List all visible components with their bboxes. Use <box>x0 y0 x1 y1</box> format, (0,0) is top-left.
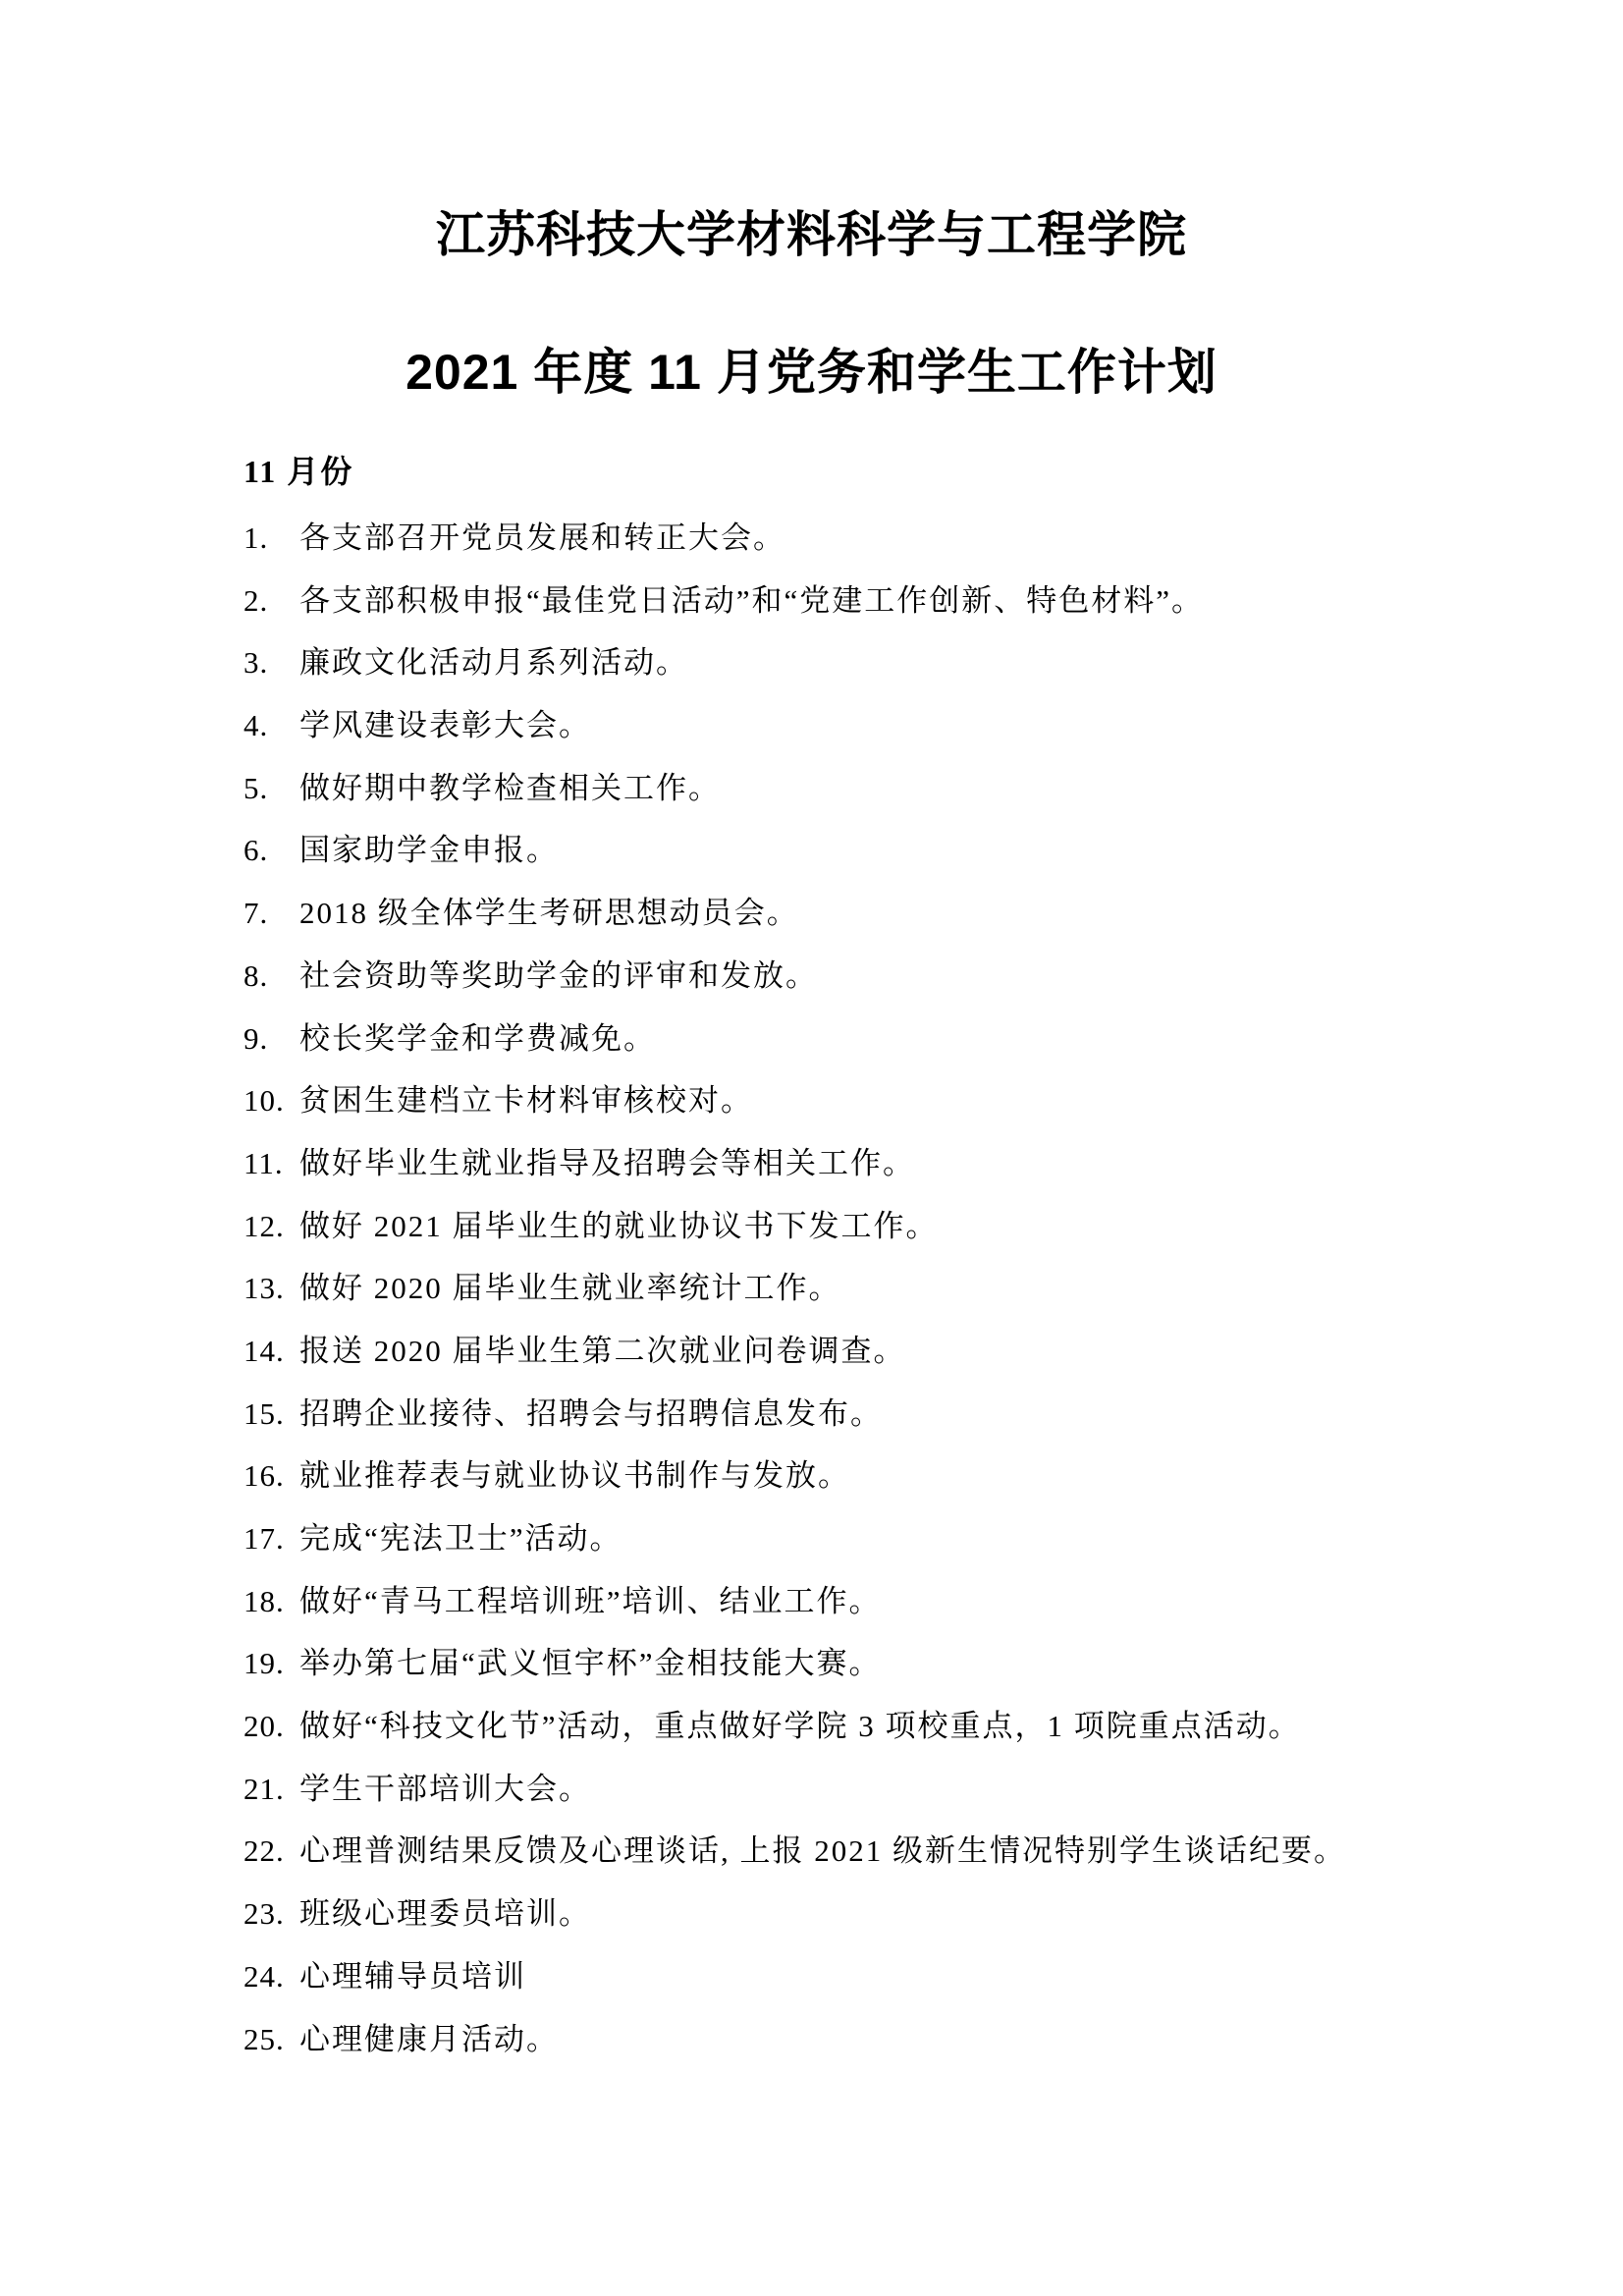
month-section-header: 11 月份 <box>243 450 353 493</box>
list-item-text: 贫困生建档立卡材料审核校对。 <box>299 1069 753 1132</box>
list-item: 18.做好“青马工程培训班”培训、结业工作。 <box>243 1570 1412 1633</box>
list-item-text: 社会资助等奖助学金的评审和发放。 <box>299 945 818 1008</box>
list-item: 25.心理健康月活动。 <box>243 2008 1412 2071</box>
list-item-text: 各支部召开党员发展和转正大会。 <box>299 507 785 570</box>
list-item-number: 14. <box>243 1320 299 1383</box>
list-item: 10.贫困生建档立卡材料审核校对。 <box>243 1069 1412 1132</box>
list-item-number: 19. <box>243 1632 299 1695</box>
list-item-number: 8. <box>243 945 299 1008</box>
list-item-number: 20. <box>243 1695 299 1758</box>
list-item-number: 4. <box>243 694 299 757</box>
list-item: 6.国家助学金申报。 <box>243 819 1412 882</box>
list-item-text: 班级心理委员培训。 <box>299 1883 591 1945</box>
list-item-text: 学风建设表彰大会。 <box>299 694 591 757</box>
list-item-number: 9. <box>243 1008 299 1070</box>
list-item-number: 1. <box>243 507 299 570</box>
list-item: 9.校长奖学金和学费减免。 <box>243 1008 1412 1070</box>
list-item: 15.招聘企业接待、招聘会与招聘信息发布。 <box>243 1383 1412 1446</box>
list-item: 19.举办第七届“武义恒宇杯”金相技能大赛。 <box>243 1632 1412 1695</box>
list-item: 23.班级心理委员培训。 <box>243 1883 1412 1945</box>
list-item-number: 18. <box>243 1570 299 1633</box>
list-item: 16.就业推荐表与就业协议书制作与发放。 <box>243 1445 1412 1507</box>
list-item-number: 23. <box>243 1883 299 1945</box>
list-item-number: 13. <box>243 1257 299 1320</box>
list-item-number: 5. <box>243 757 299 820</box>
list-item-number: 7. <box>243 882 299 945</box>
list-item-text: 做好 2020 届毕业生就业率统计工作。 <box>299 1257 841 1320</box>
list-item-text: 报送 2020 届毕业生第二次就业问卷调查。 <box>299 1320 906 1383</box>
list-item: 11.做好毕业生就业指导及招聘会等相关工作。 <box>243 1132 1412 1195</box>
list-item: 24.心理辅导员培训 <box>243 1945 1412 2008</box>
list-item: 20.做好“科技文化节”活动，重点做好学院 3 项校重点，1 项院重点活动。 <box>243 1695 1412 1758</box>
list-item: 1.各支部召开党员发展和转正大会。 <box>243 507 1412 570</box>
list-item-text: 做好“青马工程培训班”培训、结业工作。 <box>299 1570 882 1633</box>
list-item-number: 3. <box>243 631 299 694</box>
list-item-text: 心理普测结果反馈及心理谈话, 上报 2021 级新生情况特别学生谈话纪要。 <box>299 1820 1346 1883</box>
list-item-number: 16. <box>243 1445 299 1507</box>
list-item-number: 17. <box>243 1507 299 1570</box>
list-item-text: 完成“宪法卫士”活动。 <box>299 1507 622 1570</box>
list-item: 13.做好 2020 届毕业生就业率统计工作。 <box>243 1257 1412 1320</box>
list-item-text: 心理健康月活动。 <box>299 2008 559 2071</box>
list-item: 8.社会资助等奖助学金的评审和发放。 <box>243 945 1412 1008</box>
list-item-number: 12. <box>243 1195 299 1258</box>
list-item: 21.学生干部培训大会。 <box>243 1758 1412 1821</box>
list-item-text: 学生干部培训大会。 <box>299 1758 591 1821</box>
list-item-number: 2. <box>243 570 299 632</box>
document-title-line2: 2021 年度 11 月党务和学生工作计划 <box>0 342 1623 403</box>
list-item: 2.各支部积极申报“最佳党日活动”和“党建工作创新、特色材料”。 <box>243 570 1412 632</box>
list-item-text: 做好“科技文化节”活动，重点做好学院 3 项校重点，1 项院重点活动。 <box>299 1695 1301 1758</box>
document-page: 江苏科技大学材料科学与工程学院 2021 年度 11 月党务和学生工作计划 11… <box>0 0 1623 2296</box>
list-item-text: 心理辅导员培训 <box>299 1945 526 2008</box>
list-item-number: 25. <box>243 2008 299 2071</box>
list-item-number: 15. <box>243 1383 299 1446</box>
list-item-text: 就业推荐表与就业协议书制作与发放。 <box>299 1445 850 1507</box>
list-item: 4.学风建设表彰大会。 <box>243 694 1412 757</box>
list-item: 5.做好期中教学检查相关工作。 <box>243 757 1412 820</box>
list-item: 17.完成“宪法卫士”活动。 <box>243 1507 1412 1570</box>
document-title-line1: 江苏科技大学材料科学与工程学院 <box>0 204 1623 265</box>
list-item: 12.做好 2021 届毕业生的就业协议书下发工作。 <box>243 1195 1412 1258</box>
list-item-number: 24. <box>243 1945 299 2008</box>
list-item-text: 2018 级全体学生考研思想动员会。 <box>299 882 799 945</box>
list-item-number: 22. <box>243 1820 299 1883</box>
list-item-text: 举办第七届“武义恒宇杯”金相技能大赛。 <box>299 1632 882 1695</box>
list-item-number: 10. <box>243 1069 299 1132</box>
list-item: 22.心理普测结果反馈及心理谈话, 上报 2021 级新生情况特别学生谈话纪要。 <box>243 1820 1412 1883</box>
list-item-text: 国家助学金申报。 <box>299 819 559 882</box>
list-item-text: 做好 2021 届毕业生的就业协议书下发工作。 <box>299 1195 939 1258</box>
list-item-text: 招聘企业接待、招聘会与招聘信息发布。 <box>299 1383 883 1446</box>
list-item-text: 做好期中教学检查相关工作。 <box>299 757 721 820</box>
list-item-text: 廉政文化活动月系列活动。 <box>299 631 688 694</box>
list-item-number: 11. <box>243 1132 299 1195</box>
list-item-number: 21. <box>243 1758 299 1821</box>
list-item: 3.廉政文化活动月系列活动。 <box>243 631 1412 694</box>
list-item-text: 做好毕业生就业指导及招聘会等相关工作。 <box>299 1132 915 1195</box>
list-item-text: 校长奖学金和学费减免。 <box>299 1008 656 1070</box>
list-item-number: 6. <box>243 819 299 882</box>
work-plan-list: 1.各支部召开党员发展和转正大会。2.各支部积极申报“最佳党日活动”和“党建工作… <box>243 507 1412 2070</box>
list-item: 7.2018 级全体学生考研思想动员会。 <box>243 882 1412 945</box>
list-item-text: 各支部积极申报“最佳党日活动”和“党建工作创新、特色材料”。 <box>299 570 1204 632</box>
list-item: 14.报送 2020 届毕业生第二次就业问卷调查。 <box>243 1320 1412 1383</box>
